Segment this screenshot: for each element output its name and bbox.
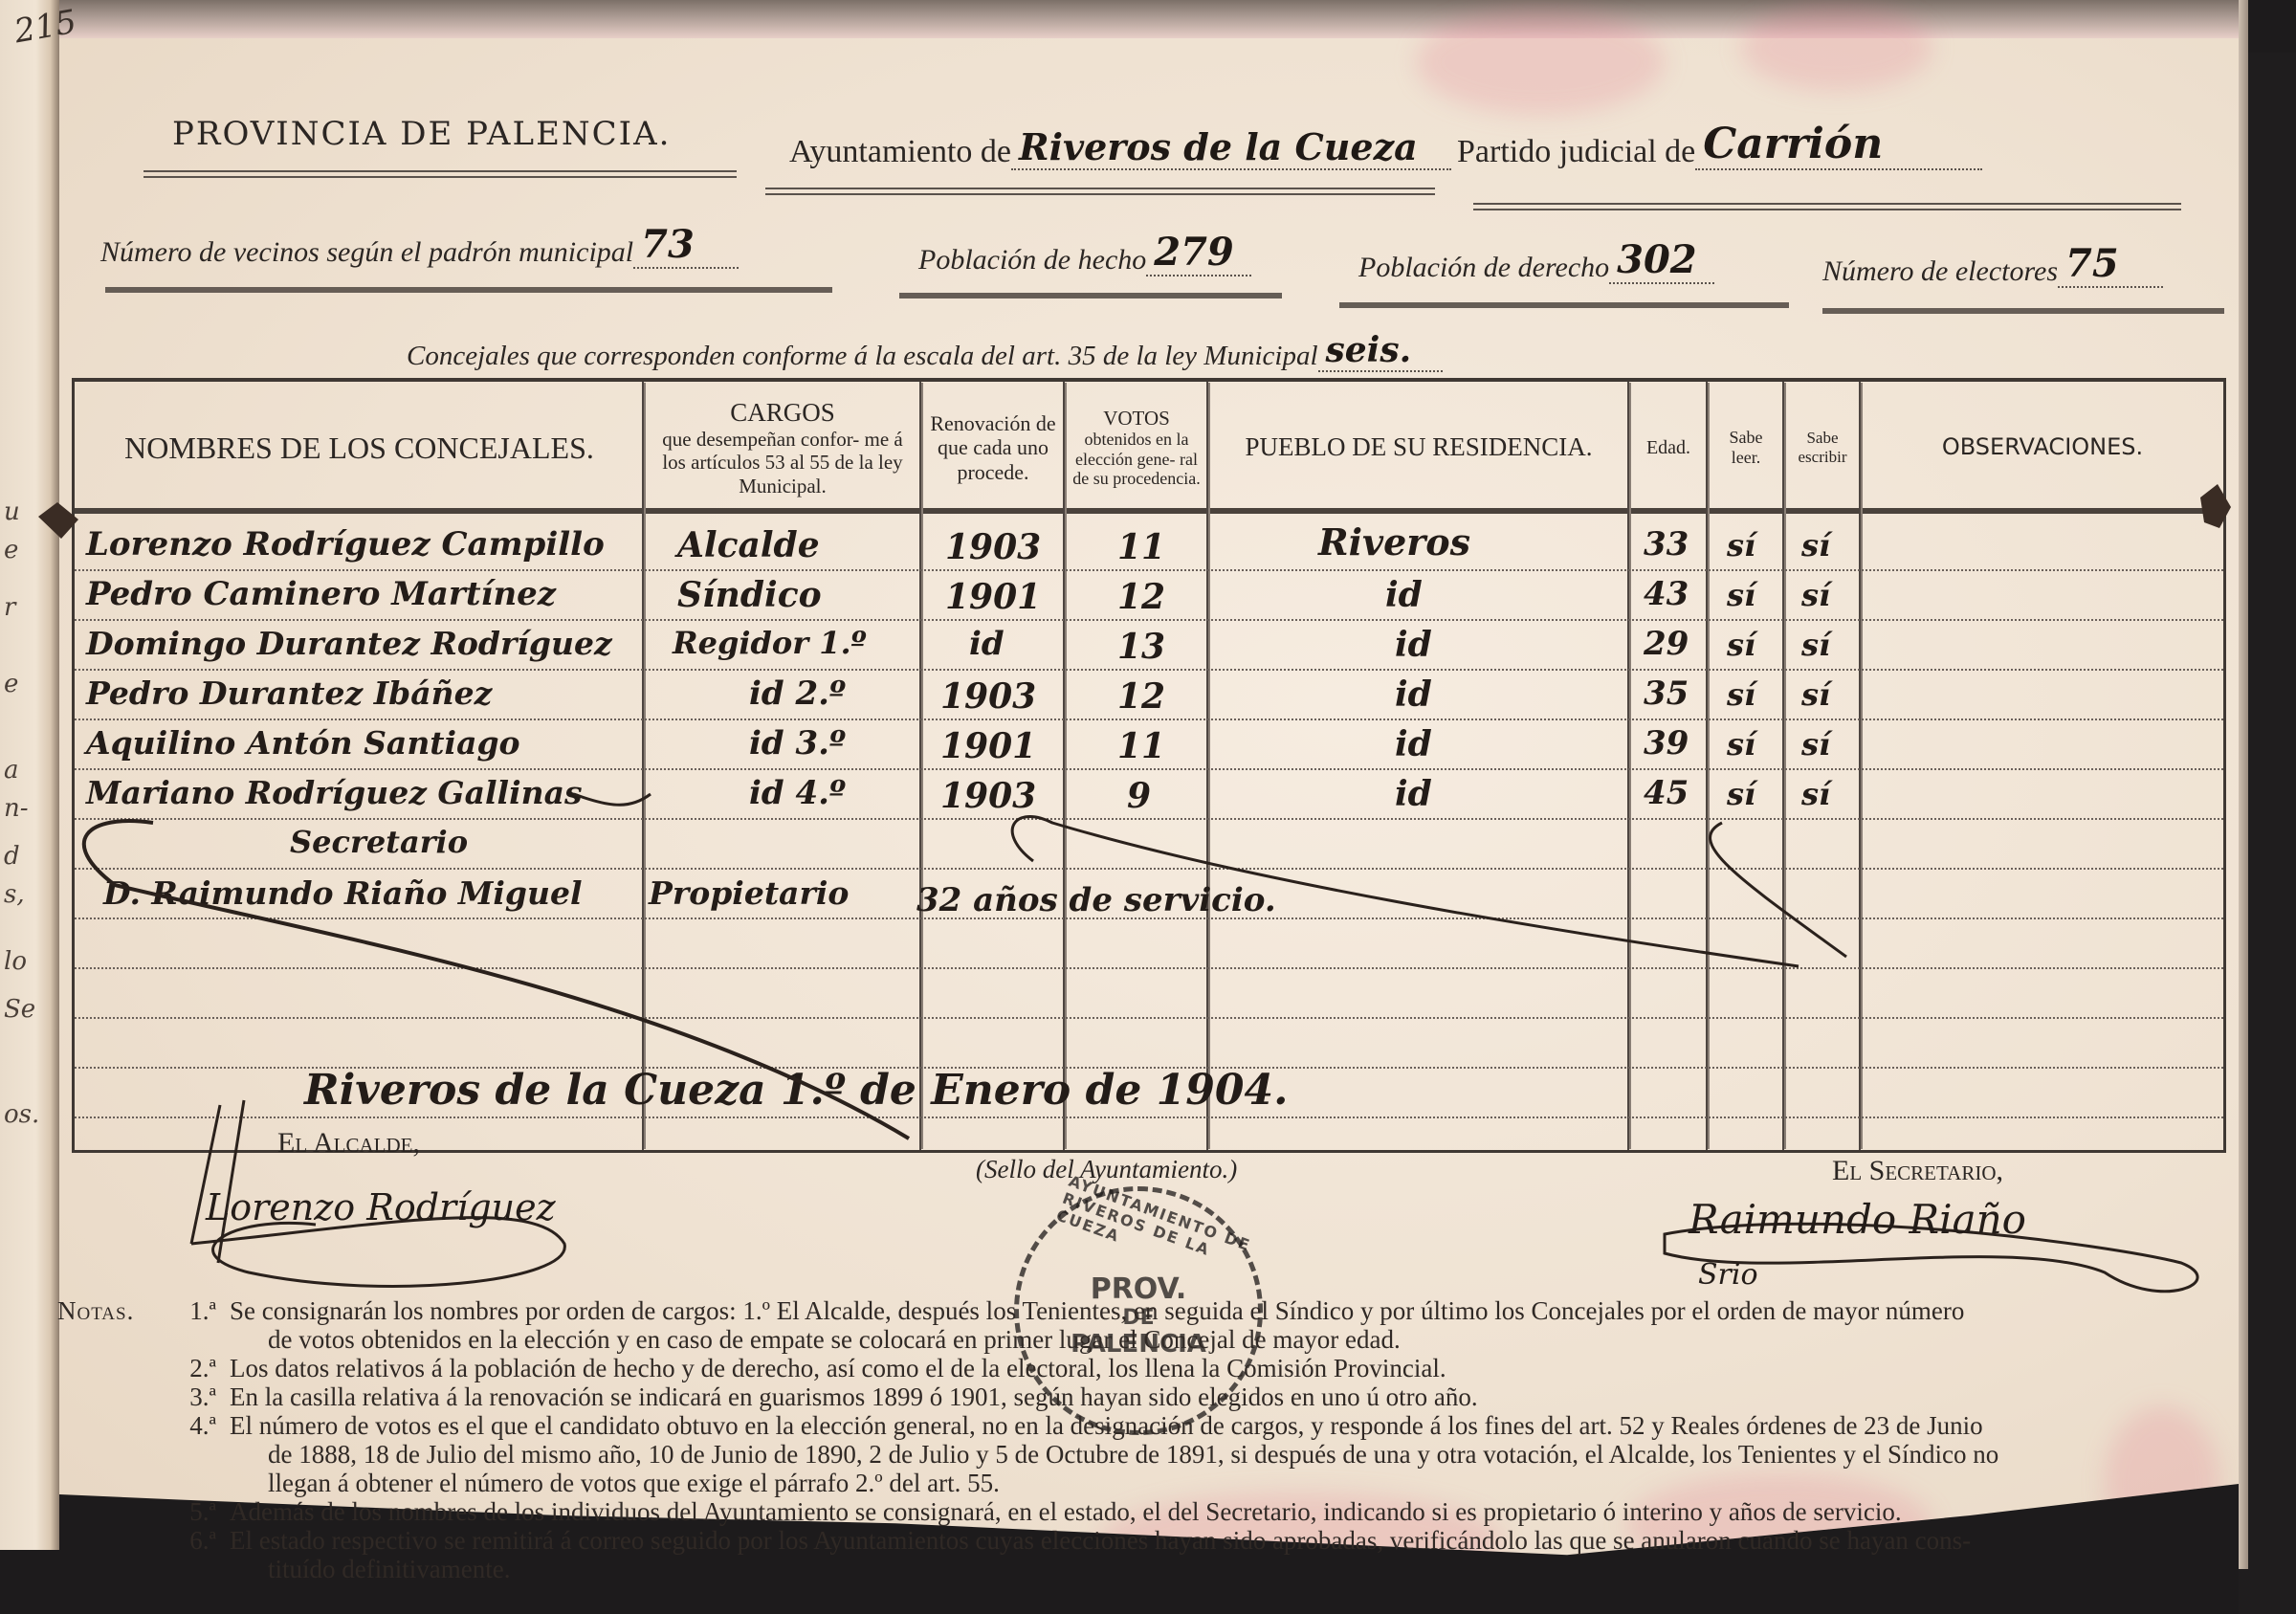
province-title: PROVINCIA DE PALENCIA.: [172, 115, 671, 153]
electores-field: Número de electores 75: [1822, 241, 2163, 288]
note-number: 3.ª: [172, 1382, 230, 1411]
ayuntamiento-label: Ayuntamiento de: [789, 134, 1011, 170]
cell-sabe-escribir: sí: [1801, 726, 1830, 763]
cell-cargo: Regidor 1.º: [673, 625, 867, 661]
cell-renovacion: 1901: [945, 577, 1041, 617]
poblacion-derecho-value: 302: [1609, 237, 1714, 284]
vecinos-value: 73: [633, 222, 739, 269]
secretario-label: El Secretario,: [1832, 1155, 2003, 1187]
note-continuation: de votos obtenidos en la elección y en c…: [172, 1325, 1964, 1354]
cell-renovacion: id: [969, 625, 1004, 663]
stain: [1416, 10, 1665, 115]
note-number: 4.ª: [172, 1411, 230, 1440]
cell-renovacion: 1903: [940, 776, 1036, 816]
cell-pueblo: id: [1395, 674, 1432, 715]
note-4: 4.ªEl número de votos es el que el candi…: [172, 1411, 1998, 1497]
note-3: 3.ªEn la casilla relativa á la renovació…: [172, 1382, 1478, 1411]
poblacion-hecho-field: Población de hecho 279: [918, 230, 1251, 276]
row-line: [75, 569, 2223, 571]
ayuntamiento-field: Ayuntamiento de Riveros de la Cueza Part…: [789, 120, 1982, 170]
row-line: [75, 719, 2223, 720]
cell-edad: 35: [1644, 674, 1689, 713]
cell-edad: 43: [1644, 575, 1689, 613]
divider: [1473, 203, 2181, 210]
secretario-servicio: 32 años de servicio.: [916, 881, 1276, 919]
header-votos: VOTOS obtenidos en la elección gene- ral…: [1065, 382, 1208, 514]
note-number: 2.ª: [172, 1354, 230, 1382]
row-line: [75, 967, 2223, 969]
cell-nombre: Pedro Caminero Martínez: [86, 575, 556, 613]
sello-label: (Sello del Ayuntamiento.): [976, 1155, 1237, 1184]
cell-edad: 45: [1644, 774, 1689, 812]
cell-sabe-leer: sí: [1727, 676, 1755, 713]
cell-renovacion: 1903: [940, 676, 1036, 717]
row-line: [75, 669, 2223, 671]
cell-nombre: Pedro Durantez Ibáñez: [86, 674, 492, 712]
note-number: 6.ª: [172, 1526, 230, 1555]
header-cargos: CARGOS que desempeñan confor- me á los a…: [644, 382, 921, 514]
header-observaciones: OBSERVACIONES.: [1861, 382, 2224, 514]
note-continuation: llegan á obtener el número de votos que …: [172, 1469, 1998, 1497]
row-line: [75, 868, 2223, 870]
secretario-signature-sub: Srio: [1698, 1258, 1758, 1292]
cell-sabe-leer: sí: [1727, 627, 1755, 663]
cell-sabe-escribir: sí: [1801, 577, 1830, 613]
cell-sabe-leer: sí: [1727, 776, 1755, 812]
header-cargos-title: CARGOS: [730, 398, 835, 428]
vecinos-label: Número de vecinos según el padrón munici…: [100, 236, 633, 269]
cell-cargo: Síndico: [677, 575, 822, 615]
header-renovacion: Renovación de que cada uno procede.: [921, 382, 1065, 514]
cell-cargo: id 2.º: [749, 674, 846, 713]
note-text: En la casilla relativa á la renovación s…: [230, 1382, 1478, 1411]
cell-cargo: Alcalde: [677, 525, 820, 565]
cell-pueblo: id: [1395, 724, 1432, 764]
stain: [2105, 1406, 2219, 1559]
header-sabe-leer: Sabe leer.: [1708, 382, 1784, 514]
note-2: 2.ªLos datos relativos á la población de…: [172, 1354, 1446, 1382]
notes-heading: Notas.: [57, 1296, 134, 1325]
cell-nombre: Domingo Durantez Rodríguez: [86, 625, 612, 662]
cell-cargo: id 4.º: [749, 774, 846, 812]
note-6: 6.ªEl estado respectivo se remitirá á co…: [172, 1526, 1971, 1583]
note-text: Los datos relativos á la población de he…: [230, 1354, 1446, 1382]
divider: [1339, 302, 1789, 308]
concejales-value: seis.: [1318, 330, 1443, 372]
cell-votos: 13: [1117, 627, 1165, 667]
secretario-heading: Secretario: [290, 824, 468, 860]
note-continuation: tituído definitivamente.: [172, 1555, 1971, 1583]
row-line: [75, 768, 2223, 770]
poblacion-hecho-label: Población de hecho: [918, 244, 1146, 276]
secretario-signature: Raimundo Riaño: [1689, 1196, 2026, 1243]
header-votos-sub: obtenidos en la elección gene- ral de su…: [1065, 430, 1208, 489]
partido-label: Partido judicial de: [1457, 134, 1695, 170]
note-text: Se consignarán los nombres por orden de …: [230, 1296, 1964, 1325]
cell-renovacion: 1903: [945, 527, 1041, 567]
cell-votos: 11: [1117, 726, 1165, 766]
poblacion-derecho-field: Población de derecho 302: [1358, 237, 1714, 284]
cell-renovacion: 1901: [940, 726, 1036, 766]
partido-value: Carrión: [1695, 120, 1982, 170]
cell-edad: 39: [1644, 724, 1689, 763]
cell-nombre: Aquilino Antón Santiago: [86, 724, 520, 762]
note-number: 1.ª: [172, 1296, 230, 1325]
cell-votos: 12: [1117, 577, 1165, 617]
header-nombres: NOMBRES DE LOS CONCEJALES.: [75, 382, 644, 514]
ayuntamiento-value: Riveros de la Cueza: [1011, 125, 1451, 170]
header-edad: Edad.: [1629, 382, 1708, 514]
alcalde-label: El Alcalde,: [277, 1127, 420, 1160]
row-line: [75, 818, 2223, 820]
note-5: 5.ªAdemás de los nombres de los individu…: [172, 1497, 1902, 1526]
cell-cargo: id 3.º: [749, 724, 846, 763]
header-cargos-sub: que desempeñan confor- me á los artículo…: [644, 428, 921, 497]
date-line: Riveros de la Cueza 1.º de Enero de 1904…: [304, 1066, 1288, 1115]
poblacion-derecho-label: Población de derecho: [1358, 252, 1609, 284]
divider: [143, 170, 737, 178]
row-line: [75, 619, 2223, 621]
electores-value: 75: [2058, 241, 2163, 288]
alcalde-signature: Lorenzo Rodríguez: [206, 1186, 556, 1228]
stain: [1741, 5, 1932, 91]
cell-sabe-escribir: sí: [1801, 527, 1830, 564]
cell-edad: 33: [1644, 525, 1689, 564]
divider: [1822, 308, 2224, 314]
cell-sabe-leer: sí: [1727, 577, 1755, 613]
note-text: Además de los nombres de los individuos …: [230, 1497, 1902, 1526]
header-pueblo: PUEBLO DE SU RESIDENCIA.: [1208, 382, 1629, 514]
cell-edad: 29: [1644, 625, 1689, 663]
note-text: El estado respectivo se remitirá á corre…: [230, 1526, 1971, 1555]
vecinos-field: Número de vecinos según el padrón munici…: [100, 222, 739, 269]
poblacion-hecho-value: 279: [1146, 230, 1251, 276]
secretario-nombre: D. Raimundo Riaño Miguel: [103, 874, 583, 912]
cell-pueblo: Riveros: [1318, 520, 1470, 564]
note-1: 1.ªSe consignarán los nombres por orden …: [172, 1296, 1964, 1354]
cell-votos: 9: [1127, 776, 1151, 816]
note-continuation: de 1888, 18 de Julio del mismo año, 10 d…: [172, 1440, 1998, 1469]
divider: [765, 188, 1435, 195]
concejales-label: Concejales que corresponden conforme á l…: [407, 341, 1318, 372]
cell-sabe-escribir: sí: [1801, 676, 1830, 713]
previous-page-edge: u e r e a n- d s, lo Se os.: [0, 0, 59, 1550]
note-number: 5.ª: [172, 1497, 230, 1526]
electores-label: Número de electores: [1822, 255, 2058, 288]
secretario-cargo: Propietario: [649, 874, 849, 912]
cell-nombre: Lorenzo Rodríguez Campillo: [86, 525, 605, 564]
cell-votos: 12: [1117, 676, 1165, 717]
cell-votos: 11: [1117, 527, 1165, 567]
divider: [105, 287, 832, 293]
note-text: El número de votos es el que el candidat…: [230, 1411, 1983, 1440]
divider: [899, 293, 1282, 298]
cell-pueblo: id: [1395, 625, 1432, 665]
cell-pueblo: id: [1385, 575, 1423, 615]
concejales-field: Concejales que corresponden conforme á l…: [407, 330, 1443, 372]
row-line: [75, 1117, 2223, 1118]
concejales-table: NOMBRES DE LOS CONCEJALES. CARGOS que de…: [72, 378, 2226, 1153]
cell-sabe-leer: sí: [1727, 726, 1755, 763]
cell-nombre: Mariano Rodríguez Gallinas: [86, 774, 583, 811]
page-right-edge: [2239, 0, 2248, 1569]
cell-pueblo: id: [1395, 774, 1432, 814]
cell-sabe-leer: sí: [1727, 527, 1755, 564]
cell-sabe-escribir: sí: [1801, 627, 1830, 663]
header-votos-title: VOTOS: [1103, 407, 1170, 430]
cell-sabe-escribir: sí: [1801, 776, 1830, 812]
header-sabe-escribir: Sabe escribir: [1784, 382, 1861, 514]
row-line: [75, 1017, 2223, 1019]
